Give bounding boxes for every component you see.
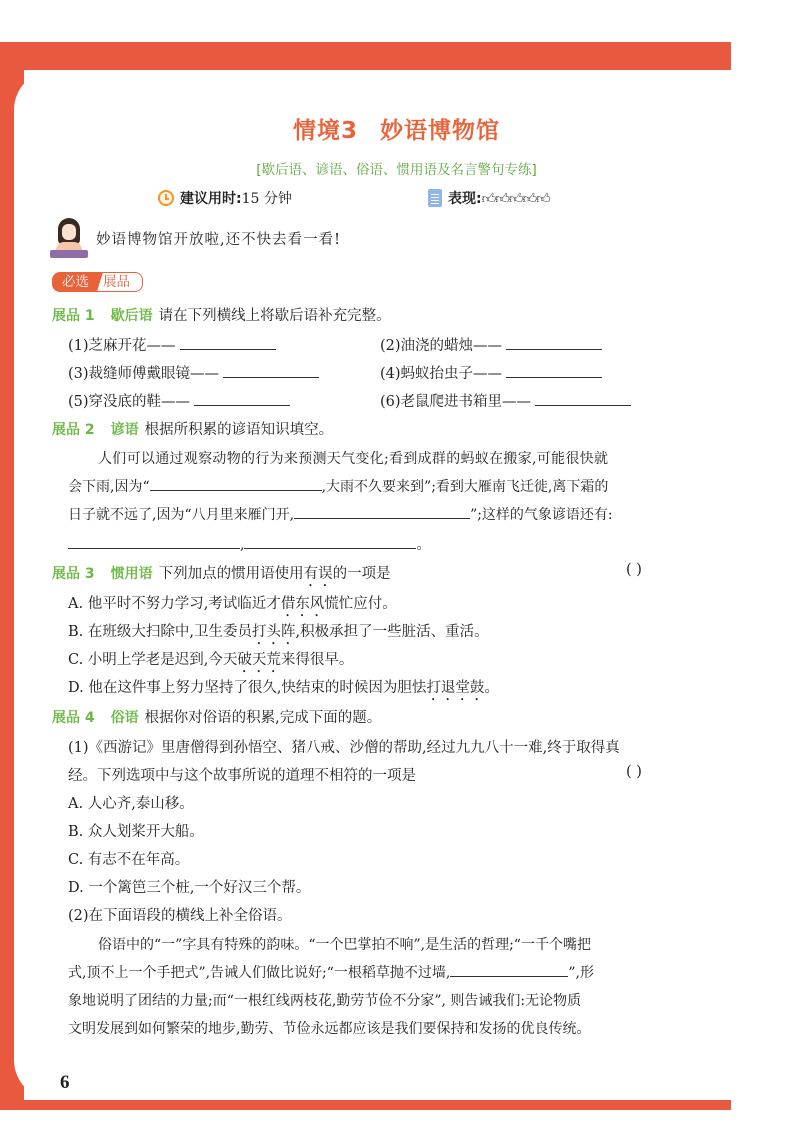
question-item: (4)蚂蚁抬虫子—— bbox=[380, 362, 602, 383]
question-item: (2)油浇的蜡烛—— bbox=[380, 334, 602, 355]
option-c: C. 小明上学老是迟到,今天破天荒来得很早。 bbox=[68, 648, 353, 676]
title-scene-number: 情境3 bbox=[293, 118, 358, 144]
paragraph-line: 人们可以通过观察动物的行为来预测天气变化;看到成群的蚂蚁在搬家,可能很快就 bbox=[98, 448, 608, 468]
paragraph-line: 会下雨,因为“,大雨不久要来到”;看到大雁南飞迁徙,离下霜的 bbox=[68, 476, 608, 496]
question-item: (1)芝麻开花—— bbox=[68, 334, 276, 355]
thumbs-up-icon[interactable]: 👍︎ bbox=[495, 191, 509, 207]
option-c: C. 有志不在年高。 bbox=[68, 848, 189, 869]
option-d: D. 他在这件事上努力坚持了很久,快结束的时候因为胆怯打退堂鼓。 bbox=[68, 676, 499, 704]
exhibit-1-heading: 展品 1 歇后语 请在下列横线上将歇后语补充完整。 bbox=[52, 304, 391, 325]
exhibit-instructions: 下列加点的惯用语使用有误的一项是 bbox=[159, 562, 391, 590]
question-text: 经。下列选项中与这个故事所说的道理不相符的一项是 bbox=[68, 764, 416, 785]
answer-parentheses[interactable]: ( ) bbox=[626, 764, 642, 780]
exhibit-kind: 俗语 bbox=[111, 707, 139, 727]
question-item: (5)穿没底的鞋—— bbox=[68, 390, 290, 411]
thumbs-up-icon[interactable]: 👍︎ bbox=[536, 191, 550, 207]
exhibit-label: 展品 1 bbox=[52, 305, 95, 325]
page-frame-bottom bbox=[0, 1100, 731, 1110]
time-value: 15 分钟 bbox=[242, 188, 292, 208]
answer-blank[interactable] bbox=[244, 535, 416, 549]
option-b: B. 众人划桨开大船。 bbox=[68, 820, 204, 841]
section-tag: 必选 展品 bbox=[52, 272, 143, 292]
page-subtitle: [歇后语、谚语、俗语、惯用语及名言警句专练] bbox=[0, 158, 793, 178]
suggested-time: 建议用时: 15 分钟 bbox=[158, 188, 292, 208]
exhibit-kind: 谚语 bbox=[111, 419, 139, 439]
exhibit-label: 展品 2 bbox=[52, 419, 95, 439]
alarm-clock-icon bbox=[158, 190, 174, 206]
answer-blank[interactable] bbox=[223, 364, 319, 378]
page-number: 6 bbox=[60, 1072, 70, 1094]
exhibit-instructions: 请在下列横线上将歇后语补充完整。 bbox=[159, 304, 391, 325]
thumbs-up-icon[interactable]: 👍︎ bbox=[523, 191, 537, 207]
answer-blank[interactable] bbox=[194, 392, 290, 406]
answer-blank[interactable] bbox=[506, 364, 602, 378]
page-title: 情境3妙语博物馆 bbox=[0, 112, 793, 145]
paragraph-line: ,。 bbox=[68, 534, 430, 554]
exhibit-label: 展品 3 bbox=[52, 563, 95, 583]
exhibit-4-heading: 展品 4 俗语 根据你对俗语的积累,完成下面的题。 bbox=[52, 706, 381, 727]
exhibit-kind: 歇后语 bbox=[111, 305, 153, 325]
answer-blank[interactable] bbox=[535, 392, 631, 406]
paragraph-line: 文明发展到如何繁荣的地步,勤劳、节俭永远都应该是我们要保持和发扬的优良传统。 bbox=[68, 1018, 590, 1038]
thumbs-up-icon[interactable]: 👍︎ bbox=[482, 191, 496, 207]
title-scene-name: 妙语博物馆 bbox=[380, 118, 500, 144]
answer-blank[interactable] bbox=[294, 505, 470, 519]
performance-rating: 表现: 👍︎👍︎👍︎👍︎👍︎ bbox=[428, 188, 550, 208]
thumbs-up-icon[interactable]: 👍︎ bbox=[509, 191, 523, 207]
intro-text: 妙语博物馆开放啦,还不快去看一看! bbox=[96, 228, 341, 249]
answer-blank[interactable] bbox=[450, 963, 568, 977]
question-text: (1)《西游记》里唐僧得到孙悟空、猪八戒、沙僧的帮助,经过九九八十一难,终于取得… bbox=[68, 736, 620, 757]
paragraph-line: 式,顶不上一个手把式”,告诫人们做比说好;“一根稻草抛不过墙,”,形 bbox=[68, 962, 594, 982]
question-item: (6)老鼠爬进书箱里—— bbox=[380, 390, 631, 411]
notes-icon bbox=[428, 189, 442, 207]
question-item: (3)裁缝师傅戴眼镜—— bbox=[68, 362, 319, 383]
exhibit-3-heading: 展品 3 惯用语 下列加点的惯用语使用有误的一项是 bbox=[52, 562, 391, 590]
exhibit-2-heading: 展品 2 谚语 根据所积累的谚语知识填空。 bbox=[52, 418, 333, 439]
girl-at-desk-icon bbox=[50, 218, 88, 258]
exhibit-instructions: 根据所积累的谚语知识填空。 bbox=[145, 418, 334, 439]
question-text: (2)在下面语段的横线上补全俗语。 bbox=[68, 904, 292, 925]
answer-blank[interactable] bbox=[150, 477, 322, 491]
paragraph-line: 象地说明了团结的力量;而“一根红线两枝花,勤劳节俭不分家”, 则告诫我们:无论物… bbox=[68, 990, 581, 1010]
option-d: D. 一个篱笆三个桩,一个好汉三个帮。 bbox=[68, 876, 310, 897]
answer-blank[interactable] bbox=[180, 336, 276, 350]
performance-label: 表现: bbox=[448, 188, 482, 208]
exhibit-instructions: 根据你对俗语的积累,完成下面的题。 bbox=[145, 706, 382, 727]
option-a: A. 人心齐,泰山移。 bbox=[68, 792, 194, 813]
answer-parentheses[interactable]: ( ) bbox=[626, 562, 642, 578]
paragraph-line: 俗语中的“一”字具有特殊的韵味。“一个巴掌拍不响”,是生活的哲理;“一千个嘴把 bbox=[98, 934, 591, 954]
option-a: A. 他平时不努力学习,考试临近才借东风慌忙应付。 bbox=[68, 592, 397, 620]
answer-blank[interactable] bbox=[506, 336, 602, 350]
page-frame-top bbox=[0, 42, 731, 70]
thumbs-up-rating[interactable]: 👍︎👍︎👍︎👍︎👍︎ bbox=[482, 190, 550, 207]
intro-banner: 妙语博物馆开放啦,还不快去看一看! bbox=[50, 218, 341, 258]
option-b: B. 在班级大扫除中,卫生委员打头阵,积极承担了一些脏活、重活。 bbox=[68, 620, 489, 648]
exhibit-label: 展品 4 bbox=[52, 707, 95, 727]
time-label: 建议用时: bbox=[180, 188, 242, 208]
tag-required: 必选 bbox=[52, 272, 103, 292]
exhibit-kind: 惯用语 bbox=[111, 563, 153, 583]
paragraph-line: 日子就不远了,因为“八月里来雁门开,”;这样的气象谚语还有: bbox=[68, 504, 613, 524]
answer-blank[interactable] bbox=[68, 535, 240, 549]
tag-exhibits: 展品 bbox=[97, 272, 143, 292]
